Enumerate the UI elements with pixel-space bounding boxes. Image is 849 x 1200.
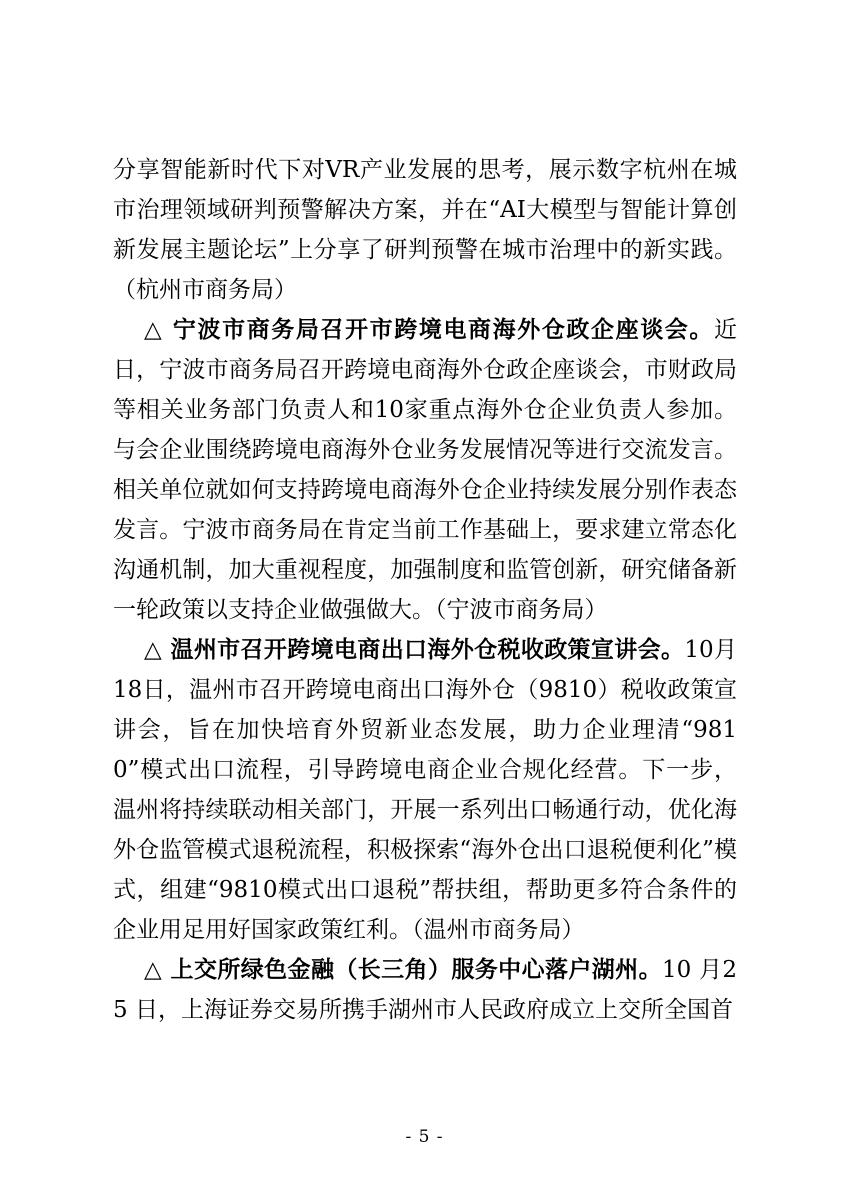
paragraph-text-run: 10月18日，温州市召开跨境电商出口海外仓（9810）税收政策宣讲会，旨在加快培…: [113, 637, 737, 943]
paragraph-heading-run: △ 宁波市商务局召开市跨境电商海外仓政企座谈会。: [144, 316, 714, 343]
paragraph-heading-run: △ 上交所绿色金融（长三角）服务中心落户湖州。: [144, 956, 662, 983]
document-page: 分享智能新时代下对VR产业发展的思考，展示数字杭州在城市治理领域研判预警解决方案…: [0, 0, 849, 1200]
paragraph: △ 上交所绿色金融（长三角）服务中心落户湖州。10 月25 日，上海证券交易所携…: [113, 950, 737, 1030]
paragraph-heading-run: △ 温州市召开跨境电商出口海外仓税收政策宣讲会。: [144, 636, 684, 663]
paragraph-text-run: 分享智能新时代下对VR产业发展的思考，展示数字杭州在城市治理领域研判预警解决方案…: [113, 157, 737, 303]
paragraph: △ 宁波市商务局召开市跨境电商海外仓政企座谈会。近日，宁波市商务局召开跨境电商海…: [113, 310, 737, 630]
document-body: 分享智能新时代下对VR产业发展的思考，展示数字杭州在城市治理领域研判预警解决方案…: [113, 150, 737, 1030]
paragraph-text-run: 近日，宁波市商务局召开跨境电商海外仓政企座谈会，市财政局等相关业务部门负责人和1…: [113, 317, 737, 623]
page-number: - 5 -: [0, 1126, 849, 1148]
paragraph: △ 温州市召开跨境电商出口海外仓税收政策宣讲会。10月18日，温州市召开跨境电商…: [113, 630, 737, 950]
paragraph: 分享智能新时代下对VR产业发展的思考，展示数字杭州在城市治理领域研判预警解决方案…: [113, 150, 737, 310]
